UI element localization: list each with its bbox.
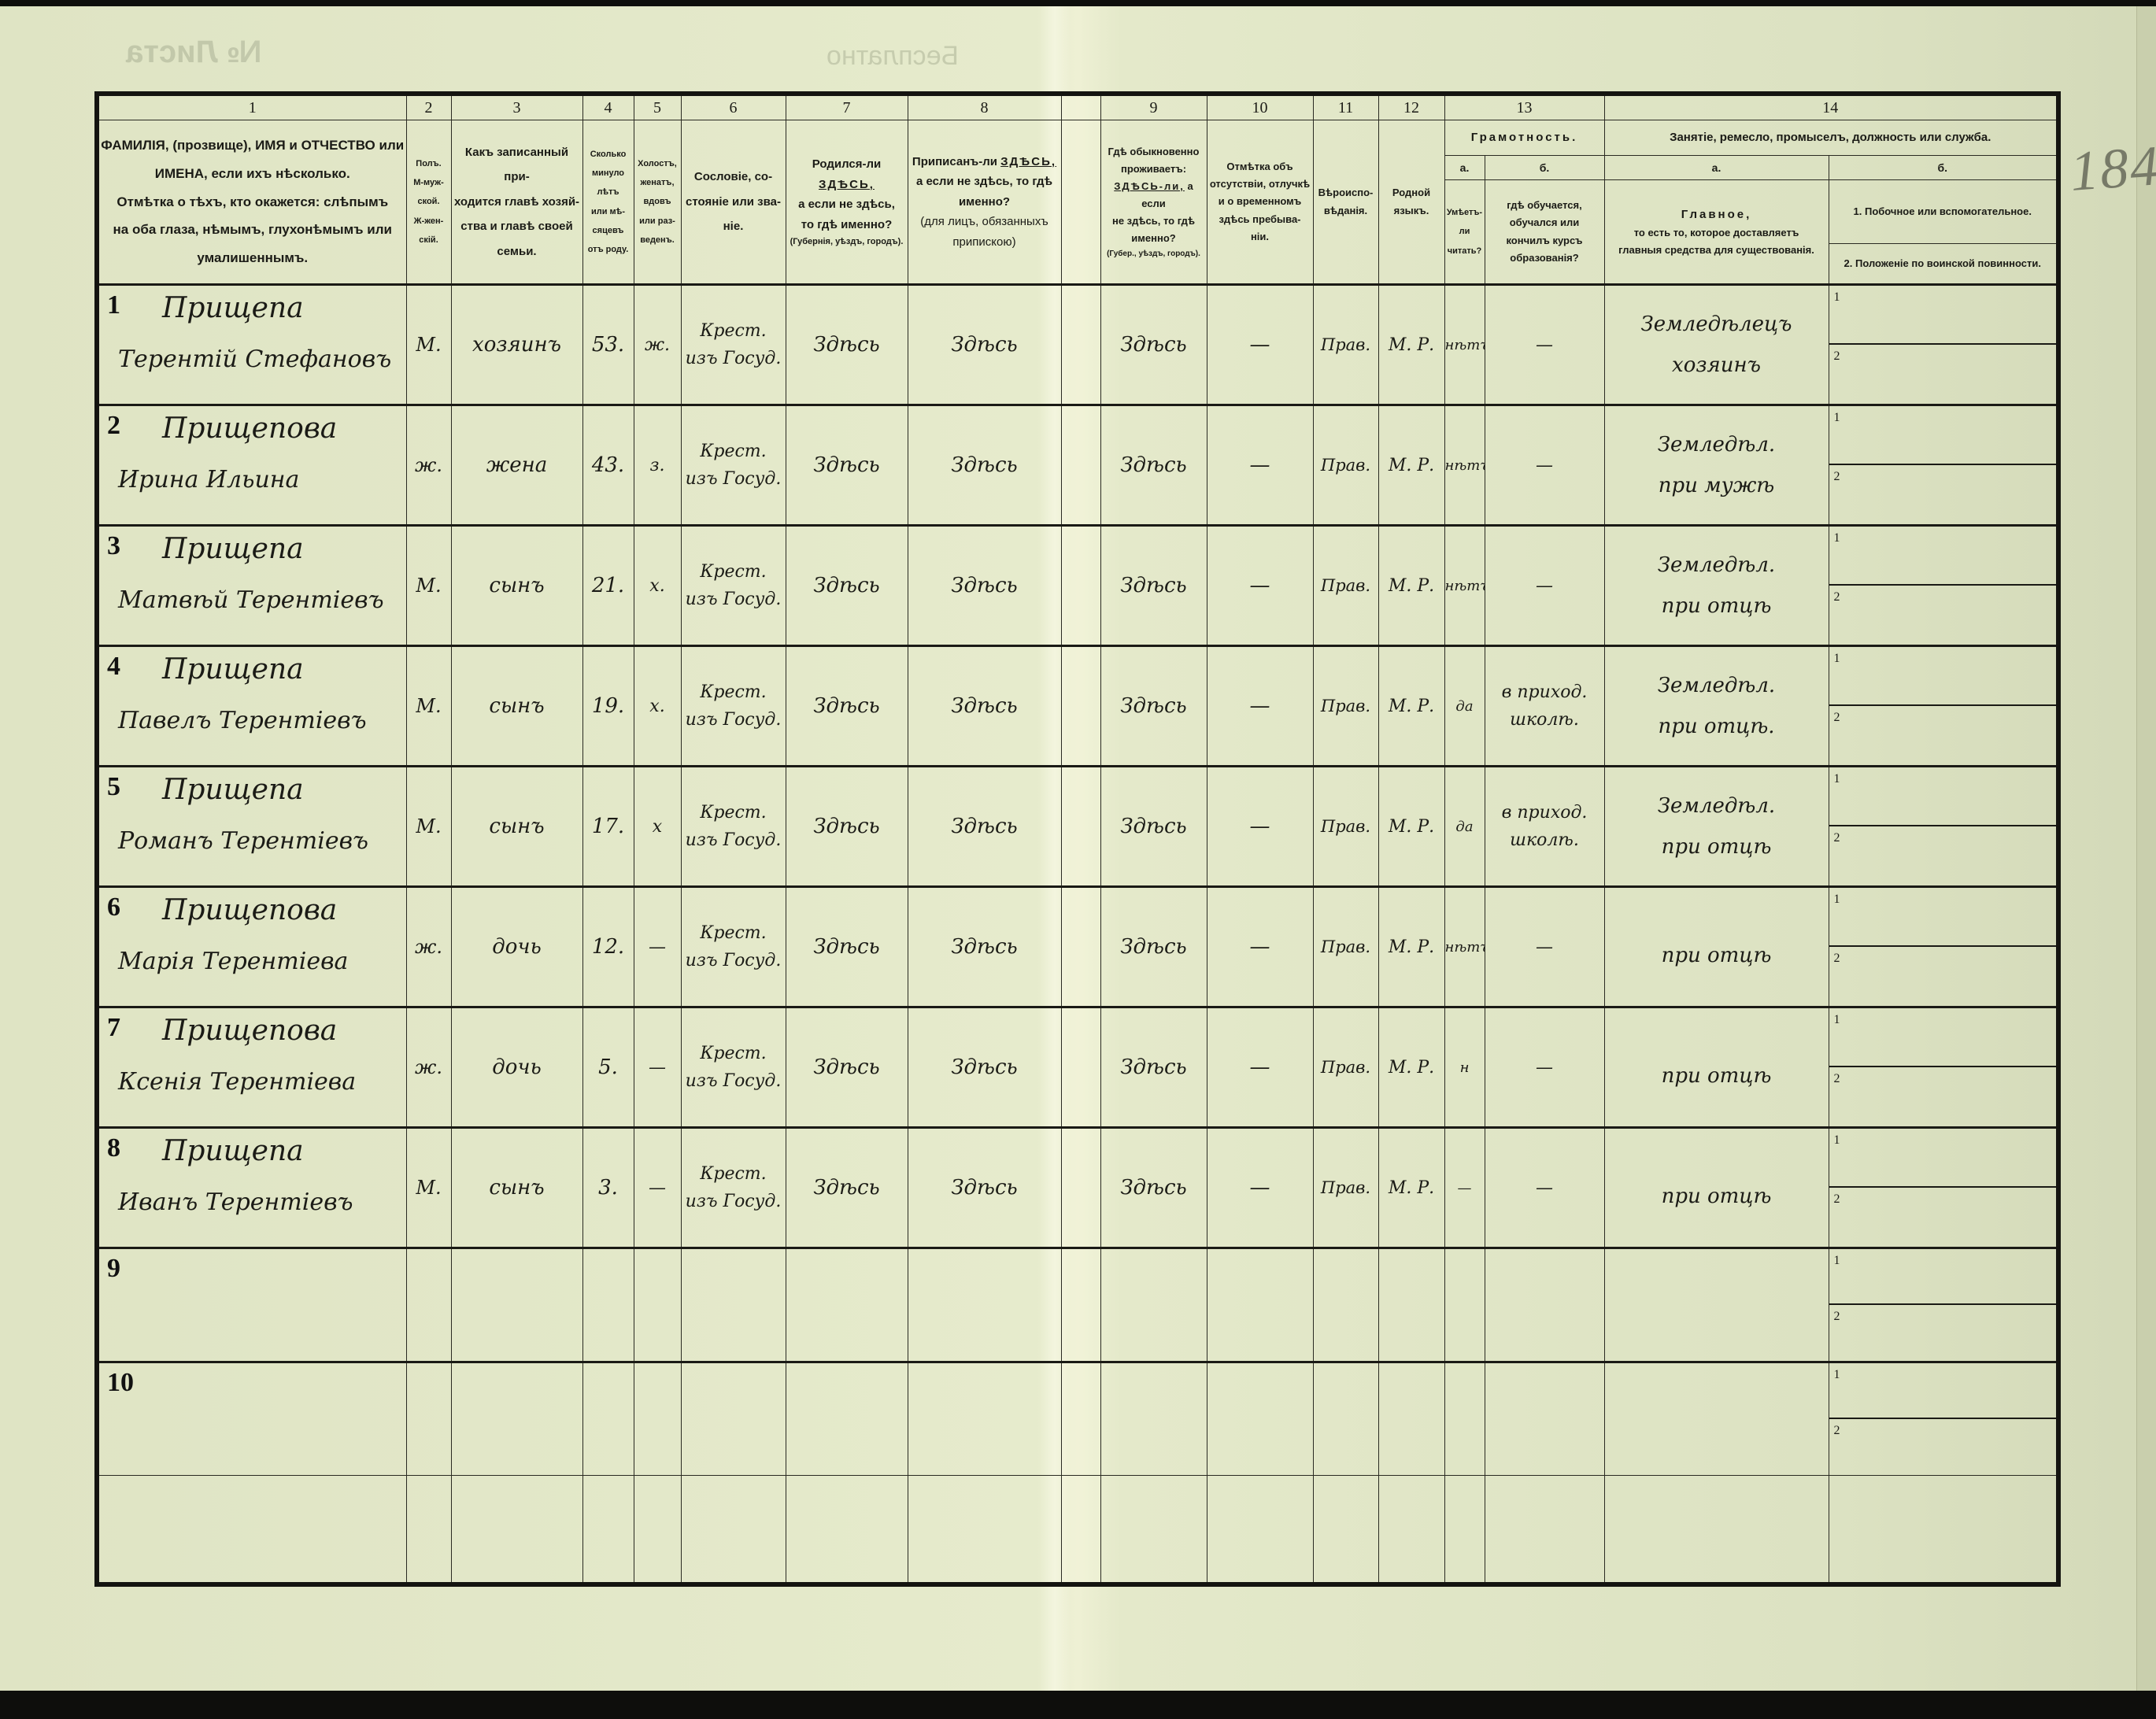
row-number: 2 [107,411,120,441]
text-line: изъ Госуд. [686,469,782,489]
occupation-cell[interactable]: Земледѣлецъхозяинъ [1604,285,1829,405]
occupation-cell[interactable]: при отцѣ [1604,1007,1829,1128]
header-born: Родился-ли ЗДѢСЬ, а если не здѣсь, то гд… [786,120,908,285]
secondary-occupation-slot[interactable]: 1 [1829,1249,2057,1305]
age-cell[interactable] [582,1248,634,1362]
occupation-cell[interactable]: Земледѣл.при отцѣ. [1604,646,1829,767]
military-status-slot[interactable]: 2 [1829,1186,2057,1247]
text-line: Крест. [700,321,766,341]
estate-cell[interactable] [681,1362,786,1476]
tail-cell [1207,1476,1313,1585]
text-line: при отцѣ [1662,835,1772,859]
registered-cell[interactable]: Здѣсь [908,646,1061,767]
registered-cell[interactable] [908,1362,1061,1476]
handwritten-page-number: 184 [2068,133,2156,205]
header-sex-line: ской. [407,192,451,211]
secondary-occupation-slot[interactable]: 1 [1829,647,2057,706]
header-can-read-line: читать? [1445,242,1485,261]
sex-cell[interactable] [406,1248,451,1362]
age-cell[interactable]: 53. [582,285,634,405]
age-cell[interactable]: 43. [582,405,634,526]
slot-label-2: 2 [1834,470,1840,484]
row-number: 8 [107,1133,120,1163]
secondary-cell[interactable]: 1 2 [1829,1128,2058,1248]
age-cell[interactable]: 3. [582,1128,634,1248]
literate-cell[interactable]: нѣтъ [1444,887,1485,1007]
occupation-lines: при отцѣ [1605,1047,1829,1088]
slot-label-1: 1 [1834,531,1840,545]
born-cell[interactable]: Здѣсь [786,1128,908,1248]
resides-cell[interactable]: Здѣсь [1100,1128,1207,1248]
school-lines: — [1485,456,1604,475]
secondary-occupation-slot[interactable]: 1 [1829,1008,2057,1067]
resides-cell[interactable]: Здѣсь [1100,646,1207,767]
sex-cell[interactable]: М. [406,767,451,887]
school-cell[interactable]: — [1485,1128,1604,1248]
relation-cell[interactable]: сынъ [451,526,582,646]
text-line: хозяинъ [1672,353,1761,377]
header-literacy: Грамотность. [1444,120,1604,156]
header-registered-line: припискою) [908,232,1061,253]
slot-label-2: 2 [1834,1072,1840,1086]
secondary-occupation-slot[interactable]: 1 [1829,286,2057,345]
tail-cell [634,1476,681,1585]
header-age-line: или мѣ- [583,202,634,221]
given-name-patronymic: Матвѣй Терентіевъ [118,586,384,614]
text-line: Земледѣл. [1658,433,1775,457]
sex-cell[interactable]: М. [406,526,451,646]
text-line: при отцѣ [1662,1064,1772,1088]
registered-cell[interactable]: Здѣсь [908,285,1061,405]
sex-cell[interactable]: М. [406,285,451,405]
text-line: Крест. [700,1164,766,1184]
military-status-slot[interactable]: 2 [1829,1418,2057,1475]
relation-cell[interactable]: сынъ [451,1128,582,1248]
text-line: изъ Госуд. [686,1192,782,1211]
given-name-patronymic: Терентій Стефановъ [118,346,391,373]
registered-cell[interactable]: Здѣсь [908,1128,1061,1248]
military-status-slot[interactable]: 2 [1829,584,2057,645]
religion-cell[interactable]: Прав. [1313,405,1378,526]
header-marital-line: Холостъ, [634,154,681,173]
literate-cell[interactable]: нѣтъ [1444,405,1485,526]
header-registered-line: именно? [908,192,1061,213]
registered-cell[interactable]: Здѣсь [908,405,1061,526]
name-cell[interactable]: 4 Прищепа Павелъ Терентіевъ [97,646,406,767]
estate-cell[interactable]: Крест.изъ Госуд. [681,767,786,887]
marital-cell[interactable]: — [634,1128,681,1248]
header-born-here: ЗДѢСЬ, [819,178,875,191]
age-cell[interactable]: 19. [582,646,634,767]
marital-cell[interactable]: — [634,1007,681,1128]
header-registered-here: ЗДѢСЬ, [1000,155,1056,168]
name-cell[interactable]: 5 Прищепа Романъ Терентіевъ [97,767,406,887]
school-lines: в приход.школѣ. [1485,682,1604,730]
text-line: изъ Госуд. [686,590,782,609]
text-line: изъ Госуд. [686,349,782,368]
school-cell[interactable] [1485,1248,1604,1362]
relation-cell[interactable]: жена [451,405,582,526]
secondary-cell[interactable]: 1 2 [1829,1362,2058,1476]
header-name-line: Отмѣтка о тѣхъ, кто окажется: слѣпымъ [99,188,406,216]
age-cell[interactable] [582,1362,634,1476]
military-status-slot[interactable]: 2 [1829,1066,2057,1126]
school-cell[interactable]: в приход.школѣ. [1485,646,1604,767]
religion-cell[interactable] [1313,1248,1378,1362]
marital-cell[interactable]: х. [634,526,681,646]
estate-cell[interactable]: Крест.изъ Госуд. [681,285,786,405]
military-status-slot[interactable]: 2 [1829,1303,2057,1361]
sex-cell[interactable]: М. [406,1128,451,1248]
language-cell[interactable]: М. Р. [1378,1007,1444,1128]
religion-cell[interactable]: Прав. [1313,887,1378,1007]
born-cell[interactable]: Здѣсь [786,887,908,1007]
religion-cell[interactable]: Прав. [1313,285,1378,405]
header-can-read-line: Умѣетъ- [1445,203,1485,222]
empty-entry-row: 9 1 2 [97,1248,2058,1362]
slot-label-1: 1 [1834,411,1840,425]
absence-cell[interactable] [1207,1362,1313,1476]
header-name: ФАМИЛІЯ, (прозвище), ИМЯ и ОТЧЕСТВО или … [97,120,406,285]
relation-cell[interactable]: сынъ [451,767,582,887]
military-status-slot[interactable]: 2 [1829,464,2057,524]
school-cell[interactable]: — [1485,1007,1604,1128]
age-cell[interactable]: 17. [582,767,634,887]
language-cell[interactable]: М. Р. [1378,526,1444,646]
estate-cell[interactable] [681,1248,786,1362]
header-resides-line: (Губер., уѣздъ, городъ). [1101,247,1207,261]
literate-cell[interactable]: н [1444,1007,1485,1128]
absence-cell[interactable]: — [1207,1007,1313,1128]
census-entry-row: 5 Прищепа Романъ Терентіевъ М. сынъ 17. … [97,767,2058,887]
header-school-line: обучался или [1485,214,1604,231]
tail-cell [1485,1476,1604,1585]
secondary-cell[interactable]: 1 2 [1829,646,2058,767]
header-name-line: на оба глаза, нѣмымъ, глухонѣмымъ или [99,216,406,244]
school-cell[interactable]: — [1485,405,1604,526]
header-name-line: ФАМИЛІЯ, (прозвище), ИМЯ и ОТЧЕСТВО или [99,131,406,160]
occupation-cell[interactable]: Земледѣл.при мужѣ [1604,405,1829,526]
school-cell[interactable] [1485,1362,1604,1476]
header-age-line: минуло [583,164,634,183]
registered-cell[interactable]: Здѣсь [908,887,1061,1007]
absence-cell[interactable]: — [1207,285,1313,405]
header-religion-line: вѣданія. [1314,202,1378,220]
age-cell[interactable]: 5. [582,1007,634,1128]
secondary-occupation-slot[interactable]: 1 [1829,406,2057,465]
occupation-cell[interactable]: при отцѣ [1604,887,1829,1007]
text-line: — [1536,576,1553,596]
registered-cell[interactable]: Здѣсь [908,767,1061,887]
surname: Прищепа [162,774,304,806]
header-language-line: языкъ. [1379,202,1444,220]
header-sex-line: Полъ. [407,154,451,173]
absence-cell[interactable] [1207,1248,1313,1362]
estate-cell[interactable]: Крест.изъ Госуд. [681,1128,786,1248]
secondary-cell[interactable]: 1 2 [1829,887,2058,1007]
literate-cell[interactable]: — [1444,1128,1485,1248]
text-line: при отцѣ. [1658,715,1774,738]
language-cell[interactable]: М. Р. [1378,887,1444,1007]
school-lines: — [1485,1058,1604,1078]
religion-cell[interactable]: Прав. [1313,1007,1378,1128]
secondary-cell[interactable]: 1 2 [1829,526,2058,646]
religion-cell[interactable]: Прав. [1313,767,1378,887]
registered-cell[interactable]: Здѣсь [908,1007,1061,1128]
literate-cell[interactable] [1444,1248,1485,1362]
estate-cell[interactable]: Крест.изъ Госуд. [681,646,786,767]
text-line: Крест. [700,562,766,582]
surname: Прищепова [162,1015,337,1047]
given-name-patronymic: Иванъ Терентіевъ [118,1189,353,1216]
estate-lines: Крест.изъ Госуд. [682,1164,786,1211]
relation-cell[interactable]: дочь [451,887,582,1007]
row-number: 10 [107,1368,134,1398]
slot-label-1: 1 [1834,893,1840,907]
given-name-patronymic: Павелъ Терентіевъ [118,707,367,734]
column-number-row: 1 2 3 4 5 6 7 8 9 10 11 12 13 14 [97,94,2058,120]
marital-cell[interactable]: ж. [634,285,681,405]
language-cell[interactable] [1378,1248,1444,1362]
religion-cell[interactable]: Прав. [1313,646,1378,767]
marital-cell[interactable] [634,1362,681,1476]
religion-cell[interactable] [1313,1362,1378,1476]
census-sheet: № Листа Бесплатно 184 1 2 3 4 5 6 7 8 9 … [0,6,2156,1691]
religion-cell[interactable]: Прав. [1313,526,1378,646]
absence-cell[interactable]: — [1207,526,1313,646]
text-line: школѣ. [1510,830,1579,850]
sex-cell[interactable]: М. [406,646,451,767]
slot-label-1: 1 [1834,652,1840,666]
school-cell[interactable]: — [1485,285,1604,405]
marital-cell[interactable]: — [634,887,681,1007]
marital-cell[interactable] [634,1248,681,1362]
header-religion-line: Вѣроиспо- [1314,184,1378,201]
header-absence-line: Отмѣтка объ [1207,158,1313,176]
name-cell[interactable]: 7 Прищепова Ксенія Терентіева [97,1007,406,1128]
born-cell[interactable]: Здѣсь [786,1007,908,1128]
text-line: при отцѣ [1662,944,1772,967]
census-entry-row: 2 Прищепова Ирина Ильина ж. жена 43. з. … [97,405,2058,526]
sex-cell[interactable]: ж. [406,887,451,1007]
occupation-lines: Земледѣл.при отцѣ [1605,553,1829,618]
military-status-slot[interactable]: 2 [1829,825,2057,885]
occupation-cell[interactable]: Земледѣл.при отцѣ [1604,767,1829,887]
text-line: изъ Госуд. [686,710,782,730]
born-cell[interactable]: Здѣсь [786,767,908,887]
header-secondary-occupation: 1. Побочное или вспомогательное. [1829,180,2058,244]
header-sex: Полъ. М-муж- ской. Ж-жен- скій. [406,120,451,285]
name-cell[interactable]: 9 [97,1248,406,1362]
text-line: в приход. [1502,682,1588,702]
name-cell[interactable]: 2 Прищепова Ирина Ильина [97,405,406,526]
header-relation: Какъ записанный при- ходится главѣ хозяй… [451,120,582,285]
language-cell[interactable]: М. Р. [1378,405,1444,526]
text-line: Земледѣлецъ [1641,312,1792,336]
born-cell[interactable]: Здѣсь [786,285,908,405]
estate-lines: Крест.изъ Госуд. [682,923,786,970]
header-marital-line: или раз- [634,212,681,231]
header-age: Сколько минуло лѣтъ или мѣ- сяцевъ отъ р… [582,120,634,285]
resides-cell[interactable]: Здѣсь [1100,767,1207,887]
secondary-cell[interactable]: 1 2 [1829,767,2058,887]
language-cell[interactable]: М. Р. [1378,285,1444,405]
occupation-lines: при отцѣ [1605,926,1829,967]
resides-cell[interactable]: Здѣсь [1100,1007,1207,1128]
occupation-cell[interactable] [1604,1248,1829,1362]
slot-label-1: 1 [1834,772,1840,786]
col-num-gap [1061,94,1100,120]
absence-cell[interactable]: — [1207,405,1313,526]
marital-cell[interactable]: х. [634,646,681,767]
literate-cell[interactable]: да [1444,767,1485,887]
language-cell[interactable]: М. Р. [1378,1128,1444,1248]
text-line: Земледѣл. [1658,553,1775,577]
binding-edge [2136,6,2156,1691]
resides-cell[interactable]: Здѣсь [1100,405,1207,526]
resides-cell[interactable] [1100,1362,1207,1476]
header-religion: Вѣроиспо- вѣданія. [1313,120,1378,285]
surname: Прищепа [162,1135,304,1167]
gap-cell [1061,526,1100,646]
school-cell[interactable]: в приход.школѣ. [1485,767,1604,887]
sex-cell[interactable]: ж. [406,405,451,526]
secondary-occupation-slot[interactable]: 1 [1829,888,2057,947]
literate-cell[interactable]: да [1444,646,1485,767]
estate-cell[interactable]: Крест.изъ Госуд. [681,405,786,526]
name-cell[interactable]: 1 Прищепа Терентій Стефановъ [97,285,406,405]
tail-cell [1444,1476,1485,1585]
sex-cell[interactable] [406,1362,451,1476]
born-cell[interactable]: Здѣсь [786,646,908,767]
slot-label-2: 2 [1834,590,1840,604]
absence-cell[interactable]: — [1207,887,1313,1007]
estate-cell[interactable]: Крест.изъ Госуд. [681,887,786,1007]
secondary-cell[interactable]: 1 2 [1829,285,2058,405]
header-estate-line: стояніе или зва- [682,190,786,215]
given-name-patronymic: Ирина Ильина [118,466,299,494]
literate-cell[interactable] [1444,1362,1485,1476]
born-cell[interactable] [786,1362,908,1476]
marital-cell[interactable]: з. [634,405,681,526]
resides-cell[interactable]: Здѣсь [1100,887,1207,1007]
name-cell[interactable]: 6 Прищепова Марія Терентіева [97,887,406,1007]
col-num-11: 11 [1313,94,1378,120]
born-cell[interactable]: Здѣсь [786,405,908,526]
col-num-8: 8 [908,94,1061,120]
school-cell[interactable]: — [1485,887,1604,1007]
header-resides-line: именно? [1101,230,1207,247]
name-cell[interactable]: 3 Прищепа Матвѣй Терентіевъ [97,526,406,646]
relation-cell[interactable] [451,1362,582,1476]
resides-cell[interactable] [1100,1248,1207,1362]
literate-cell[interactable]: нѣтъ [1444,526,1485,646]
estate-cell[interactable]: Крест.изъ Госуд. [681,1007,786,1128]
secondary-cell[interactable]: 1 2 [1829,1248,2058,1362]
registered-cell[interactable]: Здѣсь [908,526,1061,646]
language-cell[interactable]: М. Р. [1378,646,1444,767]
col-num-2: 2 [406,94,451,120]
religion-cell[interactable]: Прав. [1313,1128,1378,1248]
text-line: в приход. [1502,803,1588,823]
secondary-occupation-slot[interactable]: 1 [1829,1363,2057,1419]
military-status-slot[interactable]: 2 [1829,343,2057,404]
occupation-cell[interactable]: Земледѣл.при отцѣ [1604,526,1829,646]
secondary-cell[interactable]: 1 2 [1829,1007,2058,1128]
slot-label-2: 2 [1834,1192,1840,1207]
age-cell[interactable]: 21. [582,526,634,646]
header-marital-line: вдовъ [634,192,681,211]
header-language-line: Родной [1379,184,1444,201]
secondary-occupation-slot[interactable]: 1 [1829,1129,2057,1188]
header-name-line: умалишеннымъ. [99,244,406,272]
estate-cell[interactable]: Крест.изъ Госуд. [681,526,786,646]
born-cell[interactable] [786,1248,908,1362]
registered-cell[interactable] [908,1248,1061,1362]
relation-cell[interactable] [451,1248,582,1362]
relation-cell[interactable]: дочь [451,1007,582,1128]
absence-cell[interactable]: — [1207,646,1313,767]
school-lines: — [1485,576,1604,596]
tail-cell [97,1476,406,1585]
school-lines: в приход.школѣ. [1485,803,1604,850]
text-line: при мужѣ [1659,474,1775,497]
col-num-4: 4 [582,94,634,120]
name-cell[interactable]: 8 Прищепа Иванъ Терентіевъ [97,1128,406,1248]
resides-cell[interactable]: Здѣсь [1100,285,1207,405]
military-status-slot[interactable]: 2 [1829,704,2057,765]
literate-cell[interactable]: нѣтъ [1444,285,1485,405]
sex-cell[interactable]: ж. [406,1007,451,1128]
header-name-line: ИМЕНА, если ихъ нѣсколько. [99,160,406,188]
header-can-read-line: ли [1445,222,1485,241]
header-sex-line: М-муж- [407,173,451,192]
text-line: Крест. [700,1044,766,1063]
gap-cell [1061,887,1100,1007]
age-cell[interactable]: 12. [582,887,634,1007]
name-cell[interactable]: 10 [97,1362,406,1476]
row-number: 5 [107,772,120,802]
born-cell[interactable]: Здѣсь [786,526,908,646]
secondary-cell[interactable]: 1 2 [1829,405,2058,526]
secondary-occupation-slot[interactable]: 1 [1829,767,2057,826]
gap-cell [1061,767,1100,887]
relation-cell[interactable]: сынъ [451,646,582,767]
occupation-cell[interactable] [1604,1362,1829,1476]
tail-cell [582,1476,634,1585]
occupation-cell[interactable]: при отцѣ [1604,1128,1829,1248]
language-cell[interactable]: М. Р. [1378,767,1444,887]
census-entry-row: 7 Прищепова Ксенія Терентіева ж. дочь 5.… [97,1007,2058,1128]
header-registered-line: Приписанъ-ли [912,155,997,168]
relation-cell[interactable]: хозяинъ [451,285,582,405]
gap-cell [1061,1362,1100,1476]
school-cell[interactable]: — [1485,526,1604,646]
language-cell[interactable] [1378,1362,1444,1476]
military-status-slot[interactable]: 2 [1829,945,2057,1006]
marital-cell[interactable]: х [634,767,681,887]
absence-cell[interactable]: — [1207,767,1313,887]
text-line: изъ Госуд. [686,830,782,850]
slot-label-2: 2 [1834,831,1840,845]
absence-cell[interactable]: — [1207,1128,1313,1248]
header-gap [1061,120,1100,285]
resides-cell[interactable]: Здѣсь [1100,526,1207,646]
secondary-occupation-slot[interactable]: 1 [1829,527,2057,586]
header-language: Родной языкъ. [1378,120,1444,285]
census-table: 1 2 3 4 5 6 7 8 9 10 11 12 13 14 ФАМИЛІЯ… [94,91,2061,1587]
header-resides-line: не здѣсь, то гдѣ [1101,213,1207,230]
